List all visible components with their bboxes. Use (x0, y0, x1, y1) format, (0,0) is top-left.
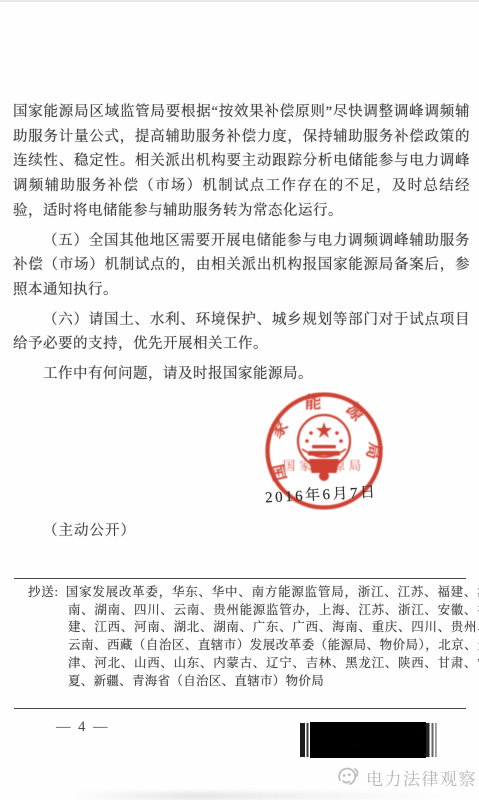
footer-brand: 电力法律观察 (366, 765, 477, 790)
scan-edge-artifact (0, 0, 479, 2)
seal-center-text: 国家能源局 (283, 458, 366, 473)
document-page: 国家能源局区域监管局要根据“按效果补偿原则”尽快调整调峰调频辅助服务计量公式，提… (0, 0, 479, 800)
scan-smudge-artifact (70, 792, 449, 800)
barcode (300, 722, 438, 758)
disclosure-note: （主动公开） (13, 519, 136, 540)
divider-top (14, 578, 466, 579)
divider-bottom (14, 708, 466, 709)
paragraph-item-5: （五）全国其他地区需要开展电储能参与电力调频调峰辅助服务补偿（市场）机制试点的，… (13, 229, 470, 303)
cc-label: 抄送: (28, 585, 58, 599)
cc-block: 抄送:国家发展改革委，华东、华中、南方能源监管局，浙江、江苏、福建、河南、湖南、… (28, 584, 479, 690)
cc-recipients: 国家发展改革委，华东、华中、南方能源监管局，浙江、江苏、福建、河南、湖南、四川、… (65, 585, 479, 688)
document-body: 国家能源局区域监管局要根据“按效果补偿原则”尽快调整调峰调频辅助服务计量公式，提… (13, 100, 470, 387)
page-number: — 4 — (56, 719, 110, 736)
paragraph-closing: 工作中有何问题，请及时报国家能源局。 (13, 362, 470, 387)
paragraph-item-6: （六）请国土、水利、环境保护、城乡规划等部门对于试点项目给予必要的支持，优先开展… (13, 308, 470, 357)
paragraph-continuation: 国家能源局区域监管局要根据“按效果补偿原则”尽快调整调峰调频辅助服务计量公式，提… (13, 100, 470, 224)
footer-logo-icon (336, 766, 360, 788)
